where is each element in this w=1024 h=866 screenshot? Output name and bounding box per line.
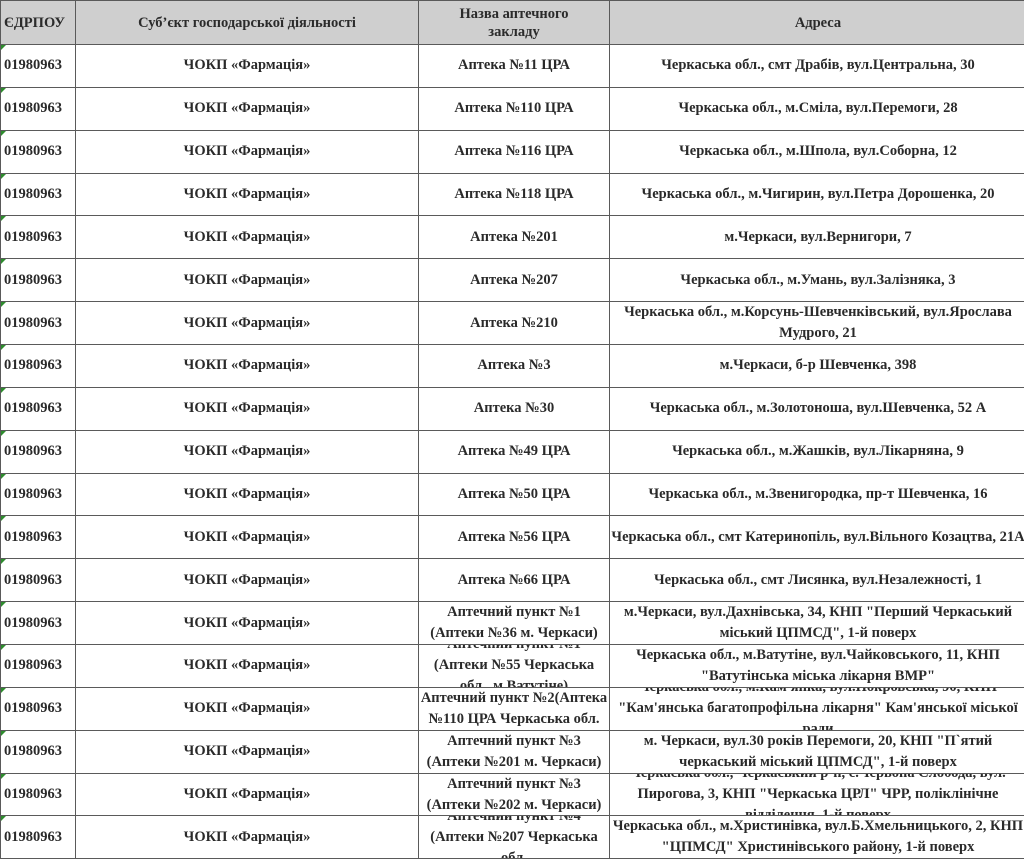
cell-edrpou[interactable]: 01980963 [1, 387, 76, 430]
edrpou-value: 01980963 [4, 141, 62, 162]
edrpou-value: 01980963 [4, 741, 62, 762]
cell-pharmacy-name[interactable]: Аптека №207 [419, 259, 610, 302]
pharmacy-name-value: Аптека №49 ЦРА [419, 441, 609, 462]
address-value: Черкаська обл., смт Катеринопіль, вул.Ві… [610, 527, 1024, 548]
cell-pharmacy-name[interactable]: Аптека №66 ЦРА [419, 559, 610, 602]
cell-address[interactable]: Черкаська обл., Черкаський р-н, с.Червон… [610, 773, 1024, 816]
entity-value: ЧОКП «Фармація» [184, 270, 311, 291]
pharmacy-name-value: Аптека №207 [419, 270, 609, 291]
address-value: м.Черкаси, вул.Вернигори, 7 [610, 227, 1024, 248]
pharmacy-name-value: Аптека №201 [419, 227, 609, 248]
cell-pharmacy-name[interactable]: Аптечний пункт №1 (Аптеки №55 Черкаська … [419, 645, 610, 688]
cell-edrpou[interactable]: 01980963 [1, 87, 76, 130]
cell-address[interactable]: Черкаська обл., смт Катеринопіль, вул.Ві… [610, 516, 1024, 559]
pharmacy-name-value: Аптечний пункт №3 (Аптеки №201 м. Черкас… [419, 731, 609, 773]
address-value: Черкаська обл., смт Лисянка, вул.Незалеж… [610, 570, 1024, 591]
entity-value: ЧОКП «Фармація» [184, 55, 311, 76]
cell-entity[interactable]: ЧОКП «Фармація» [76, 45, 419, 88]
entity-value: ЧОКП «Фармація» [184, 527, 311, 548]
cell-edrpou[interactable]: 01980963 [1, 130, 76, 173]
cell-entity[interactable]: ЧОКП «Фармація» [76, 730, 419, 773]
pharmacy-name-value: Аптека №11 ЦРА [419, 55, 609, 76]
cell-address[interactable]: Черкаська обл., м.Корсунь-Шевченківський… [610, 302, 1024, 345]
cell-edrpou[interactable]: 01980963 [1, 559, 76, 602]
entity-value: ЧОКП «Фармація» [184, 827, 311, 848]
table-row: 01980963 ЧОКП «Фармація» Аптека №110 ЦРА… [1, 87, 1024, 130]
cell-pharmacy-name[interactable]: Аптека №11 ЦРА [419, 45, 610, 88]
address-value: Черкаська обл., Черкаський р-н, с.Червон… [610, 774, 1024, 816]
cell-entity[interactable]: ЧОКП «Фармація» [76, 130, 419, 173]
cell-address[interactable]: м.Черкаси, б-р Шевченка, 398 [610, 345, 1024, 388]
cell-edrpou[interactable]: 01980963 [1, 302, 76, 345]
address-value: Черкаська обл., м.Христинівка, вул.Б.Хме… [610, 816, 1024, 858]
entity-value: ЧОКП «Фармація» [184, 184, 311, 205]
entity-value: ЧОКП «Фармація» [184, 355, 311, 376]
address-value: Черкаська обл., м.Сміла, вул.Перемоги, 2… [610, 98, 1024, 119]
entity-value: ЧОКП «Фармація» [184, 570, 311, 591]
cell-entity[interactable]: ЧОКП «Фармація» [76, 87, 419, 130]
cell-edrpou[interactable]: 01980963 [1, 345, 76, 388]
address-value: Черкаська обл., м.Жашків, вул.Лікарняна,… [610, 441, 1024, 462]
entity-value: ЧОКП «Фармація» [184, 227, 311, 248]
cell-address[interactable]: Черкаська обл., м.Кам'янка, вул.Покровсь… [610, 687, 1024, 730]
cell-entity[interactable]: ЧОКП «Фармація» [76, 387, 419, 430]
cell-entity[interactable]: ЧОКП «Фармація» [76, 773, 419, 816]
address-value: Черкаська обл., м.Ватутіне, вул.Чайковсь… [610, 645, 1024, 687]
cell-edrpou[interactable]: 01980963 [1, 473, 76, 516]
address-value: м.Черкаси, б-р Шевченка, 398 [610, 355, 1024, 376]
table-row: 01980963 ЧОКП «Фармація» Аптека №30 Черк… [1, 387, 1024, 430]
cell-entity[interactable]: ЧОКП «Фармація» [76, 816, 419, 859]
entity-value: ЧОКП «Фармація» [184, 741, 311, 762]
entity-value: ЧОКП «Фармація» [184, 98, 311, 119]
cell-pharmacy-name[interactable]: Аптечний пункт №1 (Аптеки №36 м. Черкаси… [419, 602, 610, 645]
cell-edrpou[interactable]: 01980963 [1, 730, 76, 773]
cell-entity[interactable]: ЧОКП «Фармація» [76, 173, 419, 216]
pharmacy-name-value: Аптека №118 ЦРА [419, 184, 609, 205]
cell-edrpou[interactable]: 01980963 [1, 259, 76, 302]
entity-value: ЧОКП «Фармація» [184, 613, 311, 634]
table-row: 01980963 ЧОКП «Фармація» Аптека №56 ЦРА … [1, 516, 1024, 559]
entity-value: ЧОКП «Фармація» [184, 398, 311, 419]
edrpou-value: 01980963 [4, 827, 62, 848]
pharmacy-name-value: Аптечний пункт №4 (Аптеки №207 Черкаська… [419, 816, 609, 858]
table-row: 01980963 ЧОКП «Фармація» Аптека №207 Чер… [1, 259, 1024, 302]
edrpou-value: 01980963 [4, 98, 62, 119]
pharmacy-name-value: Аптечний пункт №1 (Аптеки №55 Черкаська … [419, 645, 609, 687]
cell-address[interactable]: Черкаська обл., м.Жашків, вул.Лікарняна,… [610, 430, 1024, 473]
address-value: Черкаська обл., м.Золотоноша, вул.Шевчен… [610, 398, 1024, 419]
table-row: 01980963 ЧОКП «Фармація» Аптека №210 Чер… [1, 302, 1024, 345]
pharmacy-table: ЄДРПОУ Суб’єкт господарської діяльності … [0, 0, 1024, 859]
table-row: 01980963 ЧОКП «Фармація» Аптечний пункт … [1, 602, 1024, 645]
pharmacy-name-value: Аптека №56 ЦРА [419, 527, 609, 548]
cell-edrpou[interactable]: 01980963 [1, 216, 76, 259]
pharmacy-name-value: Аптека №210 [419, 313, 609, 334]
cell-entity[interactable]: ЧОКП «Фармація» [76, 559, 419, 602]
address-value: Черкаська обл., м.Кам'янка, вул.Покровсь… [610, 688, 1024, 730]
column-header-pharmacy-name-text: Назва аптечного закладу [419, 5, 609, 41]
cell-pharmacy-name[interactable]: Аптечний пункт №4 (Аптеки №207 Черкаська… [419, 816, 610, 859]
cell-edrpou[interactable]: 01980963 [1, 45, 76, 88]
cell-entity[interactable]: ЧОКП «Фармація» [76, 516, 419, 559]
edrpou-value: 01980963 [4, 398, 62, 419]
table-row: 01980963 ЧОКП «Фармація» Аптека №49 ЦРА … [1, 430, 1024, 473]
table-row: 01980963 ЧОКП «Фармація» Аптечний пункт … [1, 687, 1024, 730]
cell-address[interactable]: Черкаська обл., смт Лисянка, вул.Незалеж… [610, 559, 1024, 602]
pharmacy-name-value: Аптека №110 ЦРА [419, 98, 609, 119]
cell-address[interactable]: Черкаська обл., м.Христинівка, вул.Б.Хме… [610, 816, 1024, 859]
address-value: Черкаська обл., м.Чигирин, вул.Петра Дор… [610, 184, 1024, 205]
address-value: Черкаська обл., смт Драбів, вул.Централь… [610, 55, 1024, 76]
edrpou-value: 01980963 [4, 784, 62, 805]
table-row: 01980963 ЧОКП «Фармація» Аптека №11 ЦРА … [1, 45, 1024, 88]
cell-edrpou[interactable]: 01980963 [1, 516, 76, 559]
table-row: 01980963 ЧОКП «Фармація» Аптека №66 ЦРА … [1, 559, 1024, 602]
edrpou-value: 01980963 [4, 227, 62, 248]
entity-value: ЧОКП «Фармація» [184, 655, 311, 676]
cell-entity[interactable]: ЧОКП «Фармація» [76, 687, 419, 730]
pharmacy-name-value: Аптечний пункт №2(Аптека №110 ЦРА Черкас… [419, 688, 609, 730]
pharmacy-name-value: Аптечний пункт №3 (Аптеки №202 м. Черкас… [419, 774, 609, 816]
table-row: 01980963 ЧОКП «Фармація» Аптечний пункт … [1, 773, 1024, 816]
cell-address[interactable]: Черкаська обл., м.Чигирин, вул.Петра Дор… [610, 173, 1024, 216]
cell-entity[interactable]: ЧОКП «Фармація» [76, 473, 419, 516]
cell-edrpou[interactable]: 01980963 [1, 645, 76, 688]
edrpou-value: 01980963 [4, 570, 62, 591]
address-value: Черкаська обл., м.Корсунь-Шевченківський… [610, 302, 1024, 344]
cell-entity[interactable]: ЧОКП «Фармація» [76, 216, 419, 259]
cell-address[interactable]: м.Черкаси, вул.Дахнівська, 34, КНП "Перш… [610, 602, 1024, 645]
cell-address[interactable]: м.Черкаси, вул.Вернигори, 7 [610, 216, 1024, 259]
cell-entity[interactable]: ЧОКП «Фармація» [76, 430, 419, 473]
header-row: ЄДРПОУ Суб’єкт господарської діяльності … [1, 1, 1024, 45]
cell-edrpou[interactable]: 01980963 [1, 687, 76, 730]
pharmacy-name-value: Аптека №3 [419, 355, 609, 376]
cell-entity[interactable]: ЧОКП «Фармація» [76, 302, 419, 345]
edrpou-value: 01980963 [4, 698, 62, 719]
entity-value: ЧОКП «Фармація» [184, 484, 311, 505]
edrpou-value: 01980963 [4, 655, 62, 676]
edrpou-value: 01980963 [4, 184, 62, 205]
edrpou-value: 01980963 [4, 55, 62, 76]
pharmacy-name-value: Аптечний пункт №1 (Аптеки №36 м. Черкаси… [419, 602, 609, 644]
address-value: Черкаська обл., м.Шпола, вул.Соборна, 12 [610, 141, 1024, 162]
cell-address[interactable]: Черкаська обл., м.Шпола, вул.Соборна, 12 [610, 130, 1024, 173]
cell-edrpou[interactable]: 01980963 [1, 602, 76, 645]
cell-pharmacy-name[interactable]: Аптека №118 ЦРА [419, 173, 610, 216]
edrpou-value: 01980963 [4, 527, 62, 548]
edrpou-value: 01980963 [4, 613, 62, 634]
column-header-address[interactable]: Адреса [610, 1, 1024, 45]
table-row: 01980963 ЧОКП «Фармація» Аптека №50 ЦРА … [1, 473, 1024, 516]
edrpou-value: 01980963 [4, 484, 62, 505]
table-row: 01980963 ЧОКП «Фармація» Аптека №3 м.Чер… [1, 345, 1024, 388]
cell-address[interactable]: м. Черкаси, вул.30 років Перемоги, 20, К… [610, 730, 1024, 773]
edrpou-value: 01980963 [4, 441, 62, 462]
column-header-pharmacy-name[interactable]: Назва аптечного закладу [419, 1, 610, 45]
address-value: м.Черкаси, вул.Дахнівська, 34, КНП "Перш… [610, 602, 1024, 644]
pharmacy-name-value: Аптека №30 [419, 398, 609, 419]
entity-value: ЧОКП «Фармація» [184, 441, 311, 462]
cell-pharmacy-name[interactable]: Аптека №50 ЦРА [419, 473, 610, 516]
entity-value: ЧОКП «Фармація» [184, 784, 311, 805]
table-row: 01980963 ЧОКП «Фармація» Аптека №118 ЦРА… [1, 173, 1024, 216]
cell-address[interactable]: Черкаська обл., м.Звенигородка, пр-т Шев… [610, 473, 1024, 516]
column-header-edrpou[interactable]: ЄДРПОУ [1, 1, 76, 45]
cell-pharmacy-name[interactable]: Аптека №3 [419, 345, 610, 388]
table-row: 01980963 ЧОКП «Фармація» Аптечний пункт … [1, 645, 1024, 688]
cell-address[interactable]: Черкаська обл., м.Умань, вул.Залізняка, … [610, 259, 1024, 302]
edrpou-value: 01980963 [4, 355, 62, 376]
pharmacy-name-value: Аптека №50 ЦРА [419, 484, 609, 505]
cell-address[interactable]: Черкаська обл., м.Сміла, вул.Перемоги, 2… [610, 87, 1024, 130]
cell-entity[interactable]: ЧОКП «Фармація» [76, 645, 419, 688]
cell-pharmacy-name[interactable]: Аптечний пункт №3 (Аптеки №201 м. Черкас… [419, 730, 610, 773]
column-header-entity[interactable]: Суб’єкт господарської діяльності [76, 1, 419, 45]
cell-pharmacy-name[interactable]: Аптечний пункт №3 (Аптеки №202 м. Черкас… [419, 773, 610, 816]
table-body: 01980963 ЧОКП «Фармація» Аптека №11 ЦРА … [1, 45, 1024, 859]
entity-value: ЧОКП «Фармація» [184, 698, 311, 719]
cell-pharmacy-name[interactable]: Аптека №49 ЦРА [419, 430, 610, 473]
cell-pharmacy-name[interactable]: Аптечний пункт №2(Аптека №110 ЦРА Черкас… [419, 687, 610, 730]
cell-pharmacy-name[interactable]: Аптека №110 ЦРА [419, 87, 610, 130]
cell-address[interactable]: Черкаська обл., м.Ватутіне, вул.Чайковсь… [610, 645, 1024, 688]
table-row: 01980963 ЧОКП «Фармація» Аптечний пункт … [1, 816, 1024, 859]
edrpou-value: 01980963 [4, 270, 62, 291]
pharmacy-name-value: Аптека №116 ЦРА [419, 141, 609, 162]
cell-address[interactable]: Черкаська обл., смт Драбів, вул.Централь… [610, 45, 1024, 88]
cell-edrpou[interactable]: 01980963 [1, 430, 76, 473]
address-value: Черкаська обл., м.Звенигородка, пр-т Шев… [610, 484, 1024, 505]
cell-pharmacy-name[interactable]: Аптека №56 ЦРА [419, 516, 610, 559]
entity-value: ЧОКП «Фармація» [184, 141, 311, 162]
cell-pharmacy-name[interactable]: Аптека №30 [419, 387, 610, 430]
entity-value: ЧОКП «Фармація» [184, 313, 311, 334]
cell-pharmacy-name[interactable]: Аптека №116 ЦРА [419, 130, 610, 173]
table-row: 01980963 ЧОКП «Фармація» Аптечний пункт … [1, 730, 1024, 773]
table-row: 01980963 ЧОКП «Фармація» Аптека №201 м.Ч… [1, 216, 1024, 259]
cell-edrpou[interactable]: 01980963 [1, 773, 76, 816]
table-row: 01980963 ЧОКП «Фармація» Аптека №116 ЦРА… [1, 130, 1024, 173]
cell-edrpou[interactable]: 01980963 [1, 173, 76, 216]
edrpou-value: 01980963 [4, 313, 62, 334]
cell-address[interactable]: Черкаська обл., м.Золотоноша, вул.Шевчен… [610, 387, 1024, 430]
pharmacy-name-value: Аптека №66 ЦРА [419, 570, 609, 591]
address-value: м. Черкаси, вул.30 років Перемоги, 20, К… [610, 731, 1024, 773]
cell-entity[interactable]: ЧОКП «Фармація» [76, 259, 419, 302]
cell-entity[interactable]: ЧОКП «Фармація» [76, 602, 419, 645]
cell-entity[interactable]: ЧОКП «Фармація» [76, 345, 419, 388]
cell-pharmacy-name[interactable]: Аптека №201 [419, 216, 610, 259]
cell-pharmacy-name[interactable]: Аптека №210 [419, 302, 610, 345]
spreadsheet-view: ЄДРПОУ Суб’єкт господарської діяльності … [0, 0, 1024, 866]
address-value: Черкаська обл., м.Умань, вул.Залізняка, … [610, 270, 1024, 291]
cell-edrpou[interactable]: 01980963 [1, 816, 76, 859]
